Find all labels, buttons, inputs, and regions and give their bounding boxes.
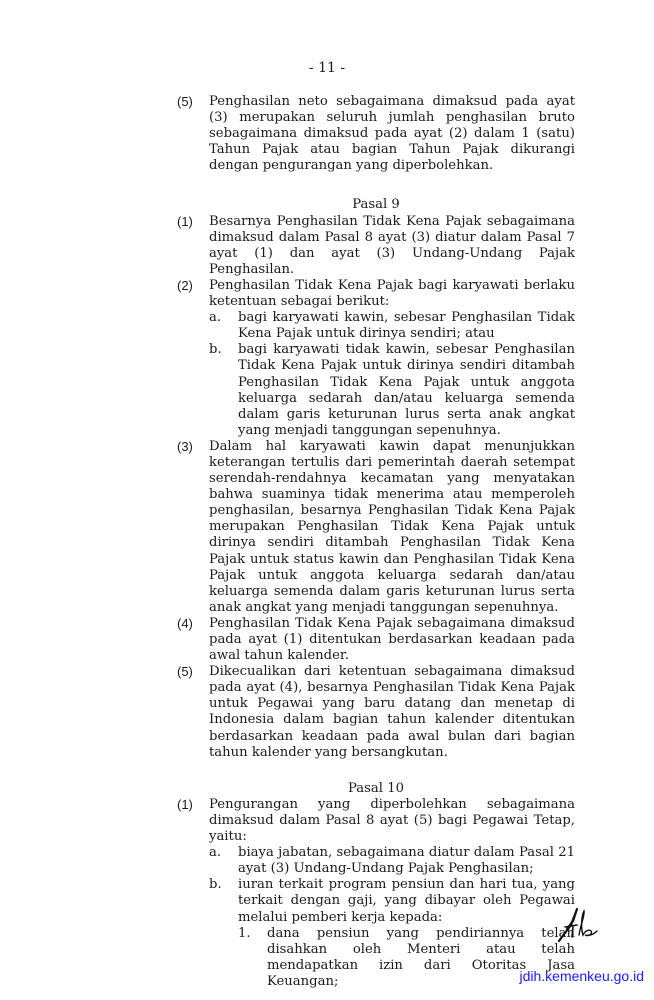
ayat-text: Penghasilan neto sebagaimana dimaksud pa… <box>209 94 575 173</box>
pasal-9-title: Pasal 9 <box>177 197 575 213</box>
list-item-a: a. bagi karyawati kawin, sebesar Penghas… <box>209 310 575 342</box>
ayat-number: (3) <box>177 439 193 455</box>
list-label: a. <box>209 310 221 326</box>
pasal10-ayat-1: (1) Pengurangan yang diperbolehkan sebag… <box>177 797 575 990</box>
list-text: bagi karyawati tidak kawin, sebesar Peng… <box>238 342 575 437</box>
ayat-number: (1) <box>177 214 193 230</box>
document-body: (5) Penghasilan neto sebagaimana dimaksu… <box>177 94 575 990</box>
list-text: iuran terkait program pensiun dan hari t… <box>238 877 575 924</box>
pasal9-ayat-2: (2) Penghasilan Tidak Kena Pajak bagi ka… <box>177 278 575 439</box>
signature-icon <box>555 905 605 945</box>
ayat-text: Penghasilan Tidak Kena Pajak sebagaimana… <box>209 616 575 663</box>
ayat-text: Besarnya Penghasilan Tidak Kena Pajak se… <box>209 214 575 277</box>
pasal9-ayat-5: (5) Dikecualikan dari ketentuan sebagaim… <box>177 664 575 761</box>
list-text: bagi karyawati kawin, sebesar Penghasila… <box>238 310 575 341</box>
ayat-number: (5) <box>177 94 193 110</box>
list-text: biaya jabatan, sebagaimana diatur dalam … <box>238 845 575 876</box>
list-item-a: a. biaya jabatan, sebagaimana diatur dal… <box>209 845 575 877</box>
ayat-text: Penghasilan Tidak Kena Pajak bagi karyaw… <box>209 278 575 309</box>
footer-website-link[interactable]: jdih.kemenkeu.go.id <box>519 968 644 984</box>
ayat-number: (2) <box>177 278 193 294</box>
pasal9-ayat-1: (1) Besarnya Penghasilan Tidak Kena Paja… <box>177 214 575 278</box>
pasal9-ayat-3: (3) Dalam hal karyawati kawin dapat menu… <box>177 439 575 616</box>
pasal9-ayat-4: (4) Penghasilan Tidak Kena Pajak sebagai… <box>177 616 575 664</box>
ayat-text: Dalam hal karyawati kawin dapat menunjuk… <box>209 439 575 615</box>
list-label: 1. <box>238 926 251 942</box>
list-item-b: b. bagi karyawati tidak kawin, sebesar P… <box>209 342 575 439</box>
ayat-number: (5) <box>177 664 193 680</box>
ayat-pre-5: (5) Penghasilan neto sebagaimana dimaksu… <box>177 94 575 174</box>
list-label: a. <box>209 845 221 861</box>
ayat-number: (4) <box>177 616 193 632</box>
list-label: b. <box>209 342 222 358</box>
ayat-number: (1) <box>177 797 193 813</box>
list-label: b. <box>209 877 222 893</box>
page-number: - 11 - <box>0 60 654 76</box>
ayat-text: Pengurangan yang diperbolehkan sebagaima… <box>209 797 575 844</box>
pasal-10-title: Pasal 10 <box>177 781 575 797</box>
ayat-text: Dikecualikan dari ketentuan sebagaimana … <box>209 664 575 759</box>
